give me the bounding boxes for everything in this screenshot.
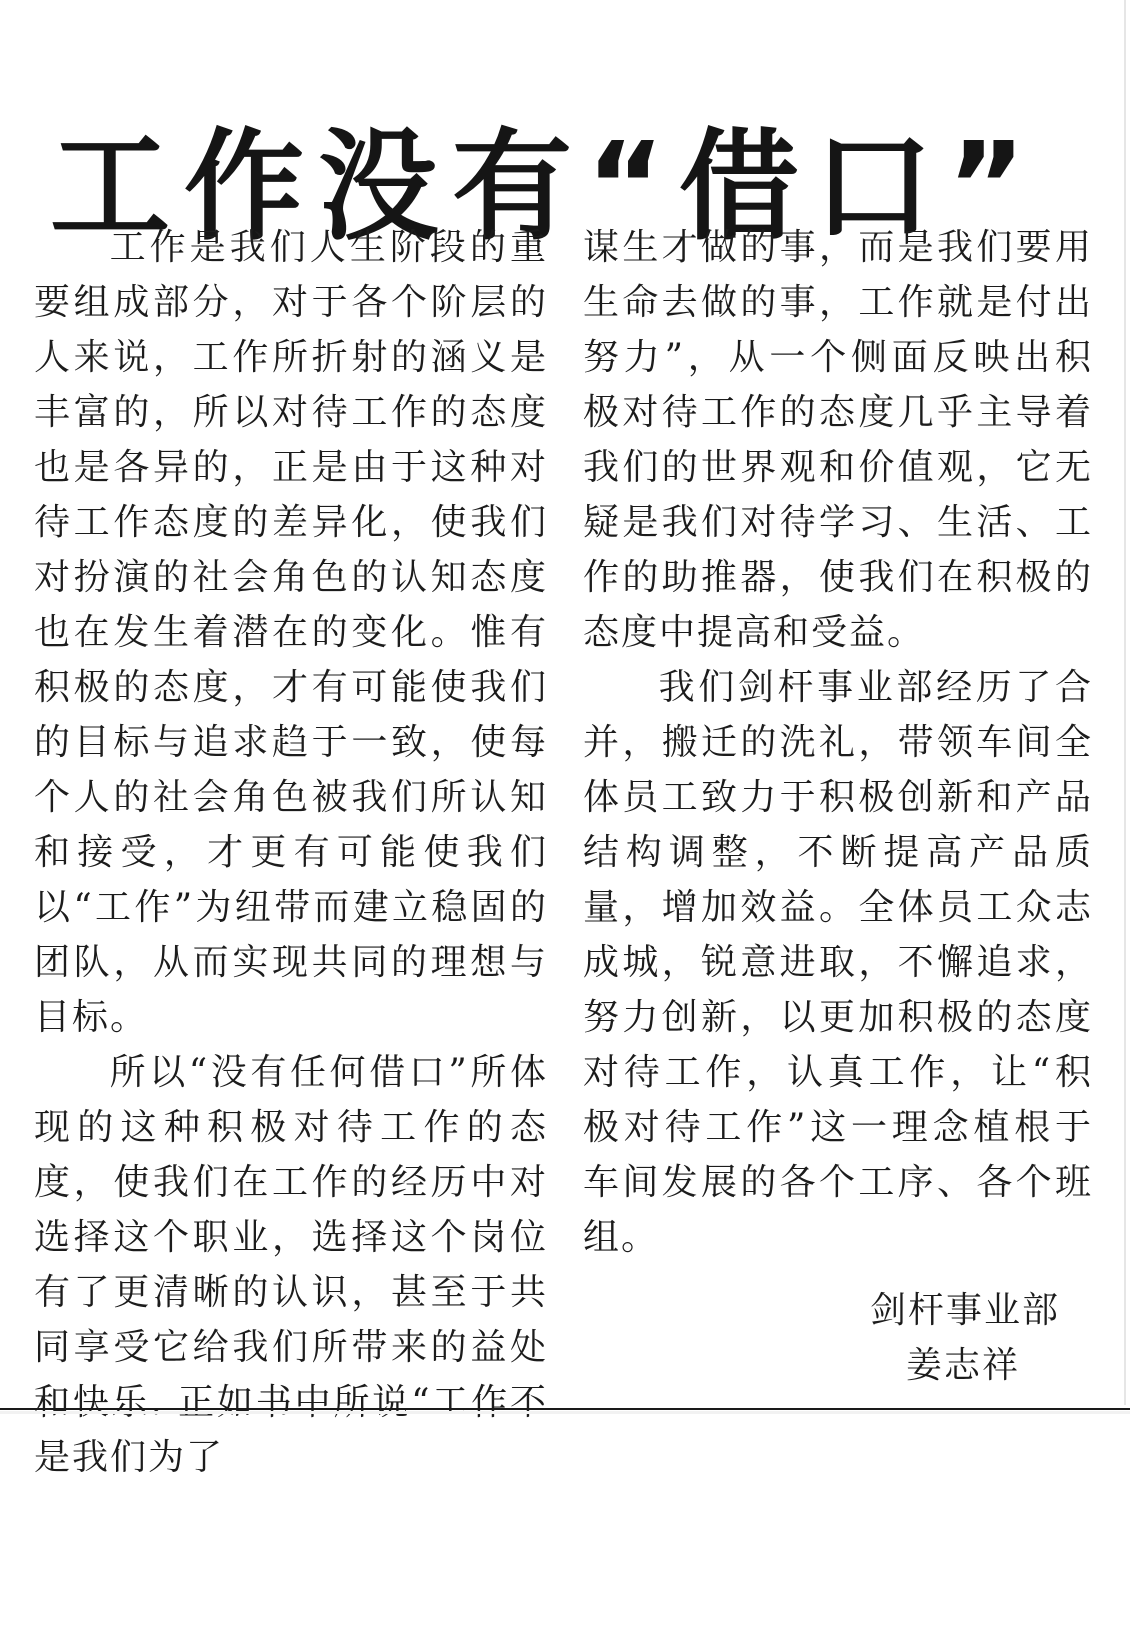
signature-author: 姜志祥	[870, 1338, 1070, 1393]
article-signature: 剑杆事业部 姜志祥	[870, 1283, 1070, 1393]
newspaper-page: 工作没有“借口” 工作是我们人生阶段的重要组成部分，对于各个阶层的人来说，工作所…	[0, 0, 1130, 1642]
paragraph-2: 所以“没有任何借口”所体现的这种积极对待工作的态度，使我们在工作的经历中对选择这…	[34, 1045, 548, 1485]
paragraph-2-continued: 谋生才做的事，而是我们要用生命去做的事，工作就是付出努力”，从一个侧面反映出积极…	[583, 220, 1093, 660]
article-column-right: 谋生才做的事，而是我们要用生命去做的事，工作就是付出努力”，从一个侧面反映出积极…	[583, 220, 1093, 1265]
column-border-right	[1124, 0, 1126, 1405]
section-divider	[0, 1408, 1130, 1410]
paragraph-1: 工作是我们人生阶段的重要组成部分，对于各个阶层的人来说，工作所折射的涵义是丰富的…	[34, 220, 548, 1045]
article-column-left: 工作是我们人生阶段的重要组成部分，对于各个阶层的人来说，工作所折射的涵义是丰富的…	[34, 220, 548, 1485]
signature-department: 剑杆事业部	[870, 1283, 1070, 1338]
paragraph-3: 我们剑杆事业部经历了合并，搬迁的洗礼，带领车间全体员工致力于积极创新和产品结构调…	[583, 660, 1093, 1265]
divider-shadow	[0, 1411, 1130, 1414]
